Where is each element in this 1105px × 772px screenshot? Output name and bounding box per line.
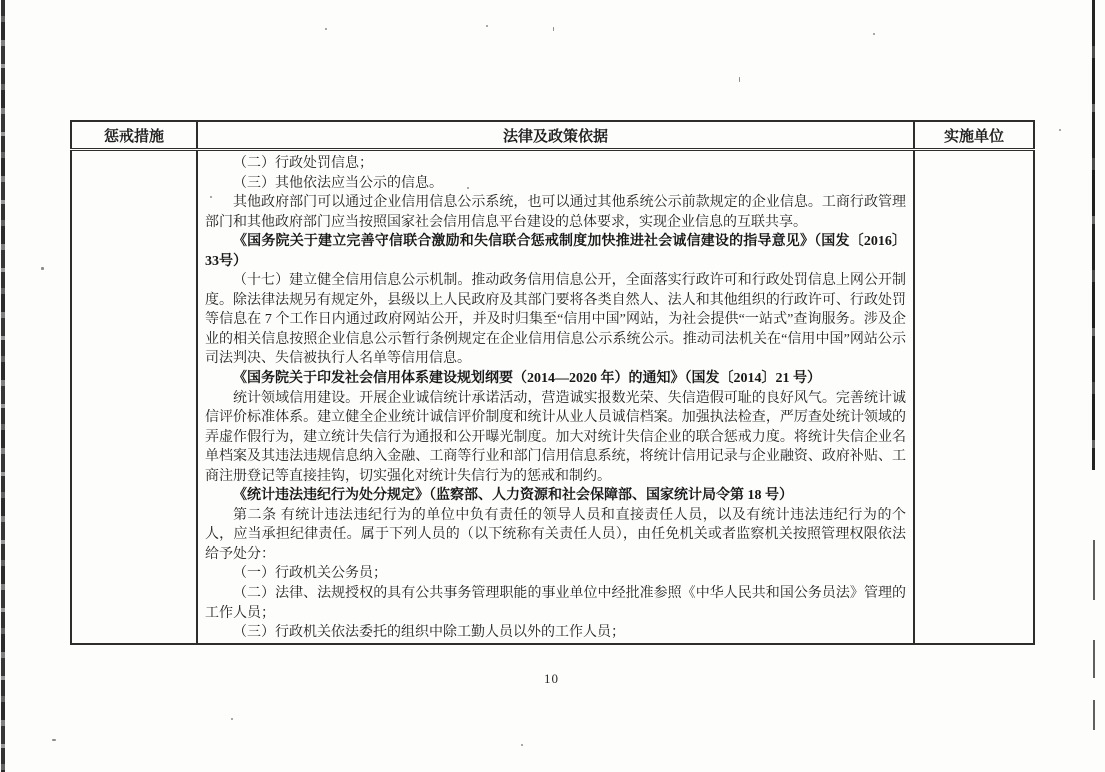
header-punishment-measures: 惩戒措施 — [71, 121, 197, 150]
implementing-unit-cell — [914, 150, 1034, 644]
scan-edge-right-fragment — [1093, 700, 1095, 730]
scan-speck — [521, 744, 523, 746]
scan-speck — [1059, 129, 1061, 131]
scan-edge-right-fragment — [1093, 640, 1095, 678]
table-header-row: 惩戒措施 法律及政策依据 实施单位 — [71, 121, 1034, 150]
page-number: 10 — [70, 671, 1033, 687]
scan-speck — [486, 25, 488, 27]
legal-text-paragraph: （三）其他依法应当公示的信息。 — [205, 174, 906, 194]
scan-speck — [467, 187, 469, 189]
legal-text-paragraph: 其他政府部门可以通过企业信用信息公示系统，也可以通过其他系统公示前款规定的企业信… — [205, 193, 906, 232]
scan-speck — [41, 267, 44, 270]
table-body-row: （二）行政处罚信息； （三）其他依法应当公示的信息。 其他政府部门可以通过企业信… — [71, 150, 1034, 644]
scan-speck — [553, 27, 554, 31]
header-legal-policy-basis: 法律及政策依据 — [197, 121, 914, 150]
scan-speck — [231, 718, 233, 720]
legal-document-title: 《国务院关于建立完善守信联合激励和失信联合惩戒制度加快推进社会诚信建设的指导意见… — [205, 232, 906, 271]
legal-basis-table: 惩戒措施 法律及政策依据 实施单位 （二）行政处罚信息； （三）其他依法应当公示… — [70, 120, 1035, 645]
legal-text-paragraph: （二）行政处罚信息； — [205, 154, 906, 174]
scan-speck — [739, 77, 740, 82]
scan-speck — [325, 28, 327, 30]
scan-edge-right — [1092, 0, 1095, 470]
legal-text-paragraph: 第二条 有统计违法违纪行为的单位中负有责任的领导人员和直接责任人员，以及有统计违… — [205, 506, 906, 565]
legal-text-paragraph: （二）法律、法规授权的具有公共事务管理职能的事业单位中经批准参照《中华人民共和国… — [205, 584, 906, 623]
legal-text-paragraph: 统计领域信用建设。开展企业诚信统计承诺活动，营造诚实报数光荣、失信造假可耻的良好… — [205, 389, 906, 487]
legal-document-title: 《国务院关于印发社会信用体系建设规划纲要（2014—2020 年）的通知》（国发… — [205, 369, 906, 389]
scan-speck — [873, 33, 875, 35]
header-implementing-unit: 实施单位 — [914, 121, 1034, 150]
legal-text-paragraph: （十七）建立健全信用信息公示机制。推动政务信用信息公开，全面落实行政许可和行政处… — [205, 271, 906, 369]
legal-document-title: 《统计违法违纪行为处分规定》（监察部、人力资源和社会保障部、国家统计局令第 18… — [205, 486, 906, 506]
legal-text-paragraph: （一）行政机关公务员； — [205, 564, 906, 584]
punishment-measures-cell — [71, 150, 197, 644]
scan-speck — [210, 196, 212, 198]
document-page: 惩戒措施 法律及政策依据 实施单位 （二）行政处罚信息； （三）其他依法应当公示… — [0, 0, 1105, 772]
scan-edge-left — [1, 0, 5, 772]
scan-edge-right-fragment — [1093, 540, 1095, 600]
scan-speck — [52, 739, 56, 741]
legal-basis-cell: （二）行政处罚信息； （三）其他依法应当公示的信息。 其他政府部门可以通过企业信… — [197, 150, 914, 644]
legal-text-paragraph: （三）行政机关依法委托的组织中除工勤人员以外的工作人员； — [205, 623, 906, 643]
